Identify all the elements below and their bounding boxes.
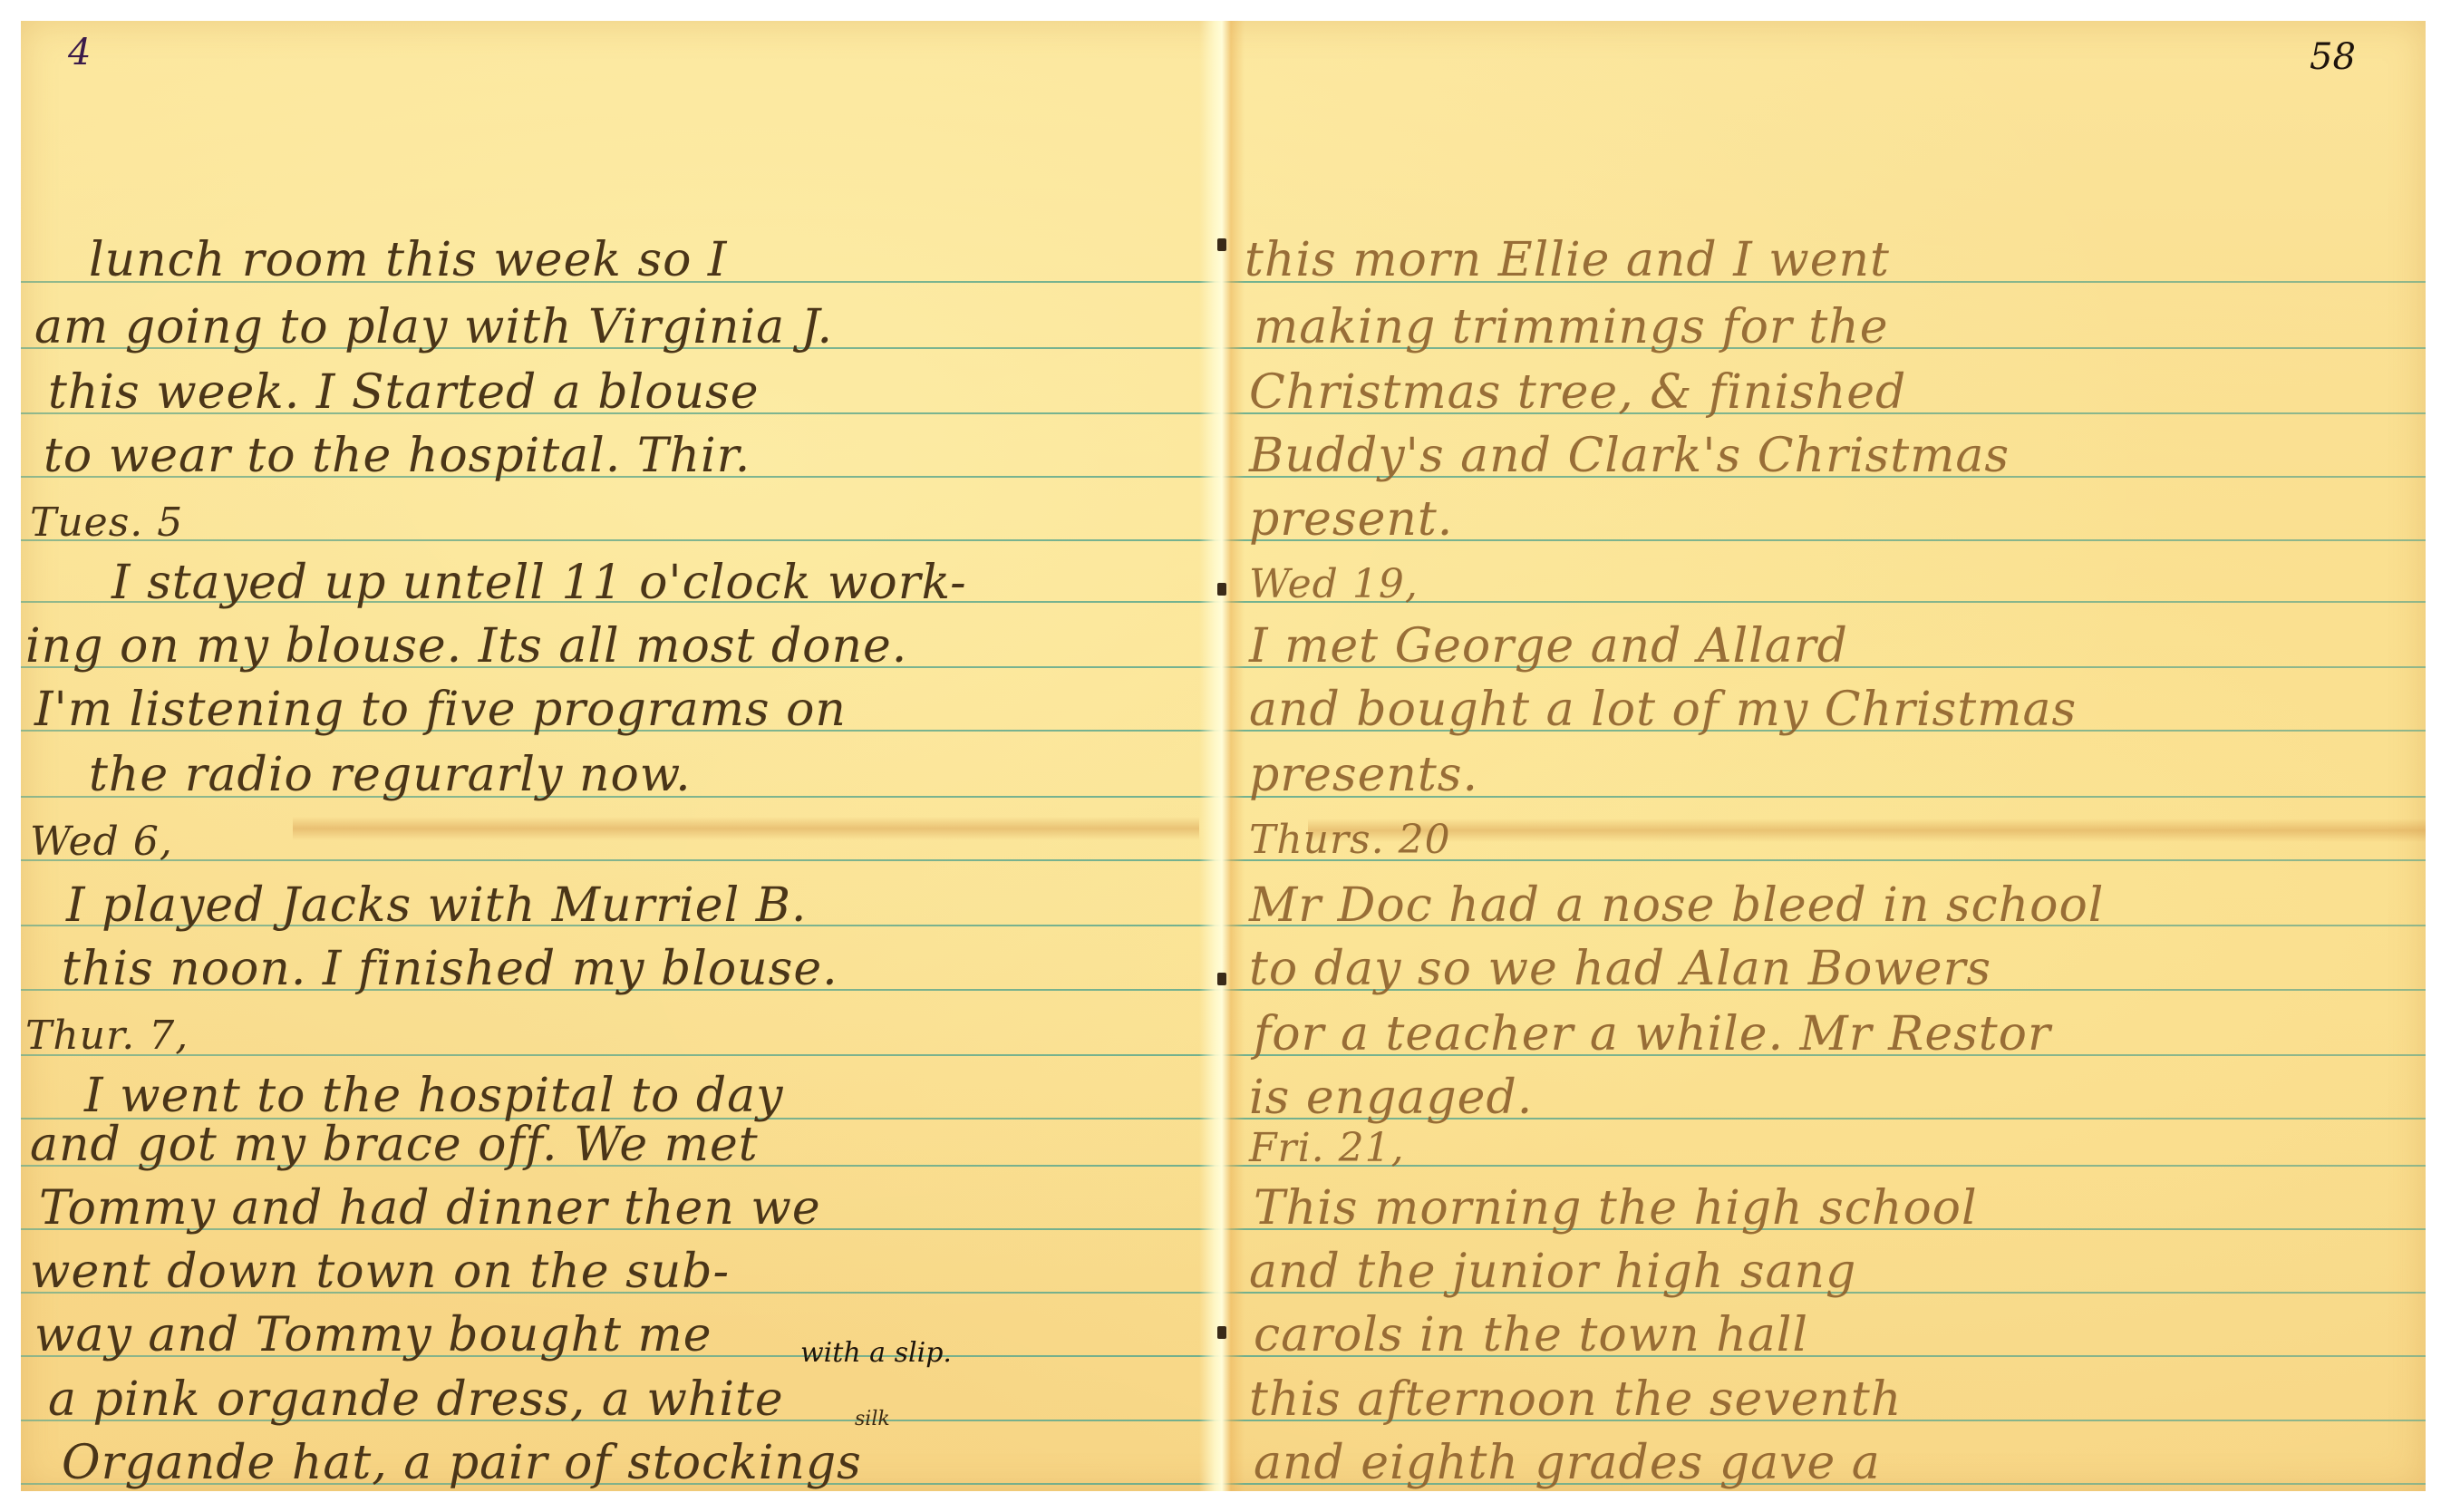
diary-date: Thur. 7, [25,1016,189,1056]
diary-date: Tues. 5 [30,503,183,543]
diary-line: Organde hat, a pair of stockings [62,1439,862,1487]
diary-line: I met George and Allard [1249,623,1848,670]
diary-line: making trimmings for the [1254,304,1888,351]
right-page: 58 this morn Ellie and I went making tri… [1217,21,2426,1491]
diary-date: Thurs. 20 [1249,820,1451,860]
page-number-right: 58 [2310,39,2356,75]
diary-line: Christmas tree, & finished [1249,369,1906,416]
diary-line: I went to the hospital to day [84,1072,784,1119]
diary-line: lunch room this week so I [89,237,727,284]
left-page: 4 lunch room this week so I am going to … [21,21,1217,1491]
diary-line: this morn Ellie and I went [1245,237,1890,284]
diary-line: present. [1249,496,1453,543]
diary-line: to wear to the hospital. Thir. [44,432,751,480]
diary-line: went down town on the sub- [30,1248,730,1295]
diary-line: Mr Doc had a nose bleed in school [1249,882,2104,929]
diary-line: am going to play with Virginia J. [34,304,833,351]
diary-line: a pink organde dress, a white [48,1376,784,1423]
diary-line: to day so we had Alan Bowers [1249,945,1991,993]
insertion-with-a-slip: with a slip. [800,1337,952,1369]
diary-line: and got my brace off. We met [30,1121,759,1168]
diary-spread: 4 lunch room this week so I am going to … [21,21,2426,1491]
diary-line: This morning the high school [1254,1185,1978,1232]
diary-date: Wed 19, [1249,565,1419,605]
diary-line: Buddy's and Clark's Christmas [1249,432,2010,480]
page-number-left: 4 [68,34,91,71]
diary-line: and eighth grades gave a [1254,1439,1881,1487]
diary-line: carols in the town hall [1254,1312,1808,1359]
diary-line: way and Tommy bought me [34,1312,712,1359]
diary-line: Tommy and had dinner then we [39,1185,821,1232]
diary-line: presents. [1249,751,1478,799]
diary-line: and the junior high sang [1249,1248,1856,1295]
diary-line: this noon. I finished my blouse. [62,945,838,993]
diary-line: I stayed up untell 11 o'clock work- [111,559,967,606]
diary-line: this week. I Started a blouse [48,369,760,416]
diary-line: for a teacher a while. Mr Restor [1254,1011,2051,1058]
insertion-silk: silk [855,1408,890,1430]
diary-line: is engaged. [1249,1074,1533,1121]
diary-line: and bought a lot of my Christmas [1249,686,2077,733]
diary-line: ing on my blouse. Its all most done. [25,623,907,670]
diary-line: this afternoon the seventh [1249,1376,1902,1423]
diary-date: Fri. 21, [1249,1129,1405,1168]
diary-line: I played Jacks with Murriel B. [66,882,807,929]
diary-line: the radio regurarly now. [89,751,692,799]
diary-date: Wed 6, [30,822,173,862]
diary-line: I'm listening to five programs on [34,686,847,733]
